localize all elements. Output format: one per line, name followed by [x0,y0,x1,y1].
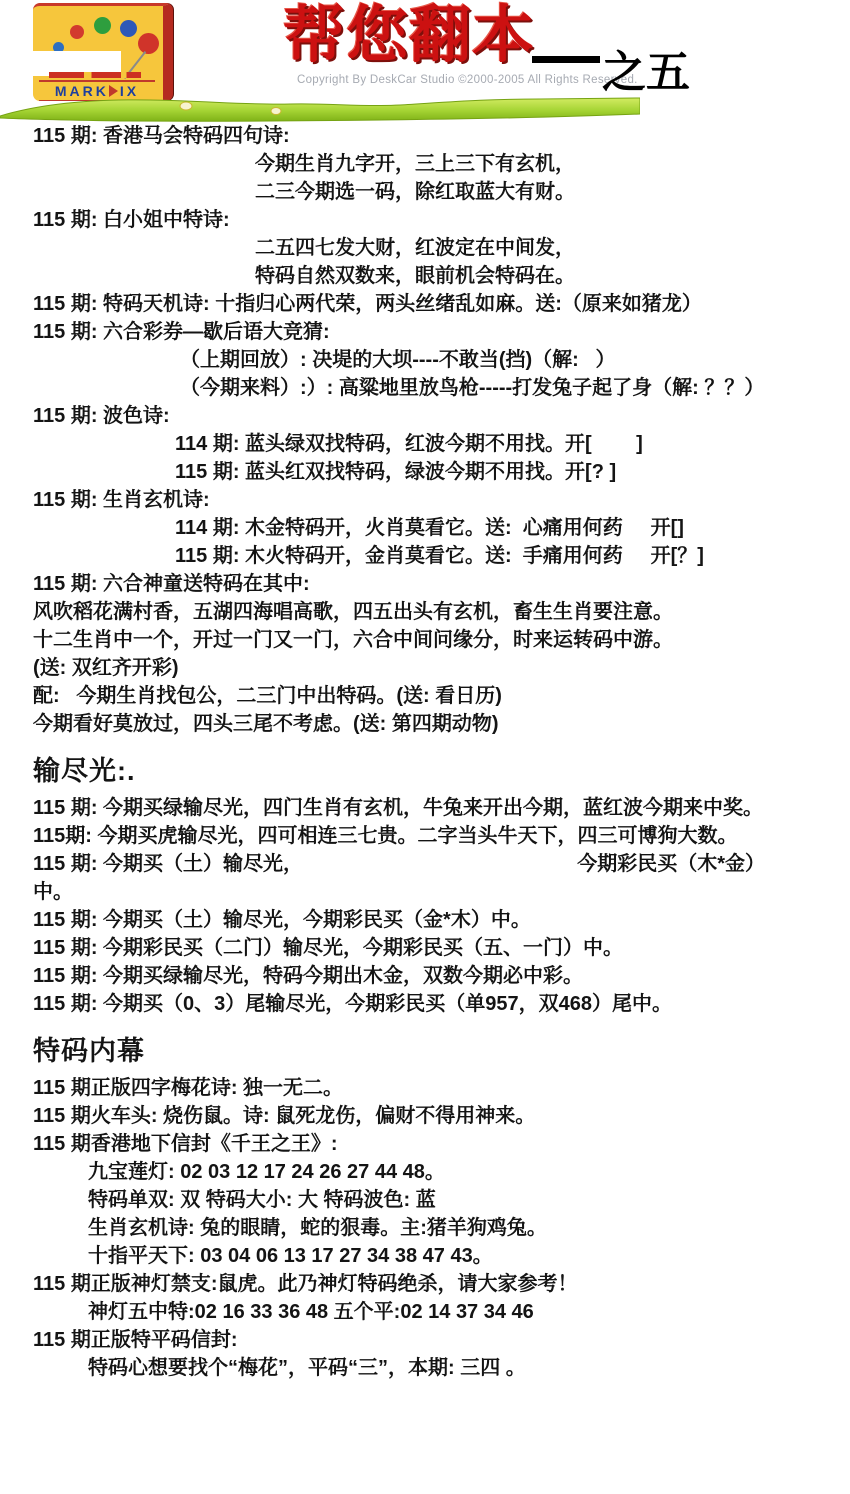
title-suffix: 之五 [602,36,690,100]
text-line: 今期生肖九字开，三上三下有玄机， [0,150,850,178]
text-line: 115 期: 今期彩民买（二门）输尽光，今期彩民买（五、一门）中。 [0,934,850,962]
text-line: 115 期: 特码天机诗: 十指归心两代荣，两头丝绪乱如麻。送:（原来如猪龙） [0,290,850,318]
text-line: 115 期: 木火特码开，金肖莫看它。送: 手痛用何药 开[？] [0,542,850,570]
logo-dot-green-icon [94,17,111,34]
title-dash [532,56,600,63]
logo-dot-blue-icon [120,20,137,37]
text-line: 115 期: 波色诗: [0,402,850,430]
text-line: 中。 [0,878,850,906]
text-line: 115 期火车头: 烧伤鼠。诗: 鼠死龙伤，偏财不得用神来。 [0,1102,850,1130]
text-line-right: 今期彩民买（木*金） [577,850,765,878]
text-line: 114 期: 蓝头绿双找特码，红波今期不用找。开[ ] [0,430,850,458]
text-line: 生肖玄机诗: 兔的眼睛，蛇的狠毒。主:猪羊狗鸡兔。 [0,1214,850,1242]
text-line: 115 期: 蓝头红双找特码，绿波今期不用找。开[? ] [0,458,850,486]
text-line-left: 115 期: 今期买（土）输尽光， [33,850,303,878]
text-line: 115 期: 今期买绿输尽光，四门生肖有玄机，牛兔来开出今期，蓝红波今期来中奖。 [0,794,850,822]
text-line: 今期看好莫放过，四头三尾不考虑。(送: 第四期动物) [0,710,850,738]
text-line: 115 期正版神灯禁支:鼠虎。此乃神灯特码绝杀，请大家参考！ [0,1270,850,1298]
page-title: 帮您翻本 [283,0,535,76]
text-line: 115 期: 今期买（土）输尽光，今期彩民买（木*金） [0,850,850,878]
text-line: 115 期: 六合神童送特码在其中: [0,570,850,598]
text-line: 神灯五中特:02 16 33 36 48 五个平:02 14 37 34 46 [0,1298,850,1326]
logo-dot-red-small-icon [70,25,84,39]
lottery-tips-page: MARK IX Copyright By DeskCar Studio ©200… [0,0,850,1494]
text-line: 115 期: 香港马会特码四句诗: [0,122,850,150]
text-line: (送: 双红齐开彩) [0,654,850,682]
text-line: 115期: 今期买虎输尽光，四可相连三七贵。二字当头牛天下，四三可博狗大数。 [0,822,850,850]
text-line: 115 期正版四字梅花诗: 独一无二。 [0,1074,850,1102]
text-line: 配: 今期生肖找包公，二三门中出特码。(送: 看日历) [0,682,850,710]
text-line: 十二生肖中一个，开过一门又一门，六合中间问缘分，时来运转码中游。 [0,626,850,654]
text-line: （上期回放）: 决堤的大坝----不敢当(挡)（解: ） [0,346,850,374]
logo-dot-red-big-icon [138,33,159,54]
grass-swoosh-graphic [0,92,640,122]
text-line: 114 期: 木金特码开，火肖莫看它。送: 心痛用何药 开[] [0,514,850,542]
logo-red-fragments [49,72,141,78]
text-line: 特码自然双数来，眼前机会特码在。 [0,262,850,290]
page-header: MARK IX Copyright By DeskCar Studio ©200… [0,0,850,122]
section-heading: 输尽光:. [0,748,850,794]
text-line: 115 期: 生肖玄机诗: [0,486,850,514]
text-line: 115 期: 白小姐中特诗: [0,206,850,234]
text-line: 九宝莲灯: 02 03 12 17 24 26 27 44 48。 [0,1158,850,1186]
text-line: 115 期正版特平码信封: [0,1326,850,1354]
text-line: 风吹稻花满村香，五湖四海唱高歌，四五出头有玄机，畜生生肖要注意。 [0,598,850,626]
text-line: 特码单双: 双 特码大小: 大 特码波色: 蓝 [0,1186,850,1214]
text-line: 特码心想要找个“梅花”，平码“三”，本期: 三四 。 [0,1354,850,1382]
marksix-logo: MARK IX [33,3,173,101]
text-line: 115 期: 今期买（土）输尽光，今期彩民买（金*木）中。 [0,906,850,934]
text-line: 二三今期选一码，除红取蓝大有财。 [0,178,850,206]
text-line: 115 期香港地下信封《千王之王》: [0,1130,850,1158]
tips-text-body: 115 期: 香港马会特码四句诗:今期生肖九字开，三上三下有玄机，二三今期选一码… [0,122,850,1382]
text-line: 115 期: 六合彩券—歇后语大竞猜: [0,318,850,346]
text-line: 115 期: 今期买（0、3）尾输尽光，今期彩民买（单957，双468）尾中。 [0,990,850,1018]
text-line: 二五四七发大财，红波定在中间发， [0,234,850,262]
text-line: （今期来料）:）: 高粱地里放鸟枪-----打发兔子起了身（解: ？？） [0,374,850,402]
text-line: 十指平天下: 03 04 06 13 17 27 34 38 47 43。 [0,1242,850,1270]
text-line: 115 期: 今期买绿输尽光，特码今期出木金，双数今期必中彩。 [0,962,850,990]
section-heading: 特码内幕 [0,1028,850,1074]
